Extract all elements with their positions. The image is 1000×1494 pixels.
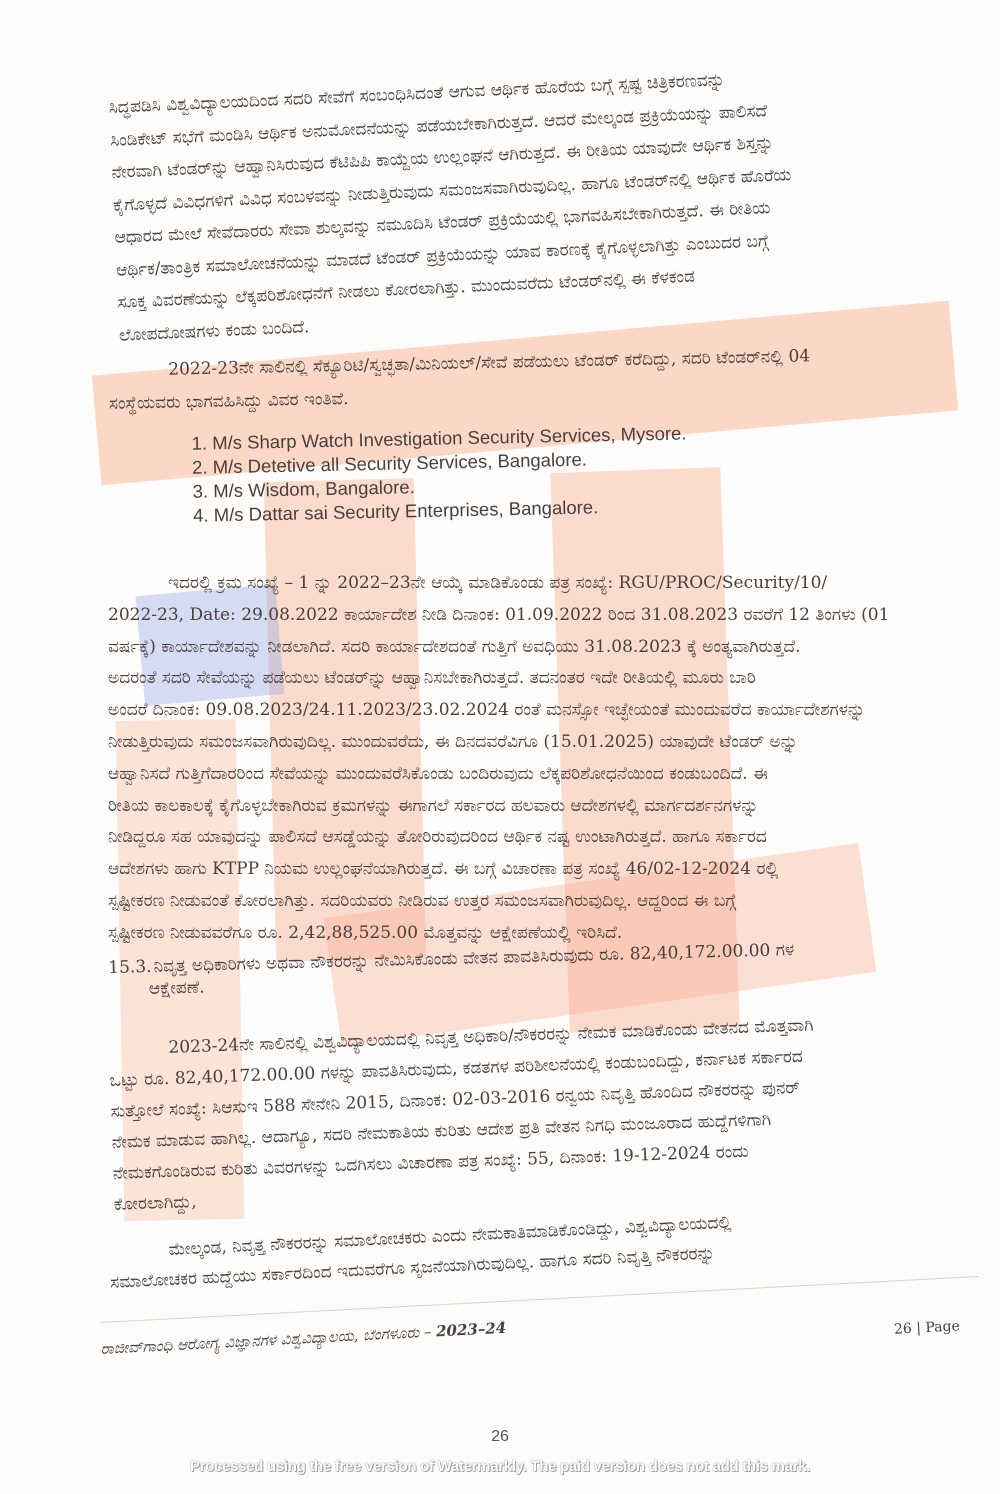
text-line: ನೀಡಿದ್ದರೂ ಸಹ ಯಾವುದನ್ನು ಪಾಲಿಸದೆ ಆಸಡ್ಡೆಯನ್…	[108, 822, 958, 854]
text-line: ಆಹ್ವಾನಿಸದೆ ಗುತ್ತಿಗೆದಾರರಿಂದ ಸೇವೆಯನ್ನು ಮುಂ…	[108, 759, 958, 791]
text-line: 2022-23, Date: 29.08.2022 ಕಾರ್ಯಾದೇಶ ನೀಡಿ…	[108, 600, 958, 632]
document-page: ಸಿದ್ಧಪಡಿಸಿ ವಿಶ್ವವಿದ್ಯಾಲಯದಿಂದ ಸದರಿ ಸೇವೆಗೆ…	[0, 0, 1000, 1494]
text-line: ವರ್ಷಕ್ಕೆ) ಕಾರ್ಯಾದೇಶವನ್ನು ನೀಡಲಾಗಿದೆ. ಸದರಿ…	[108, 632, 958, 664]
text-line: ನೀಡುತ್ತಿರುವುದು ಸಮಂಜಸವಾಗಿರುವುದಿಲ್ಲ. ಮುಂದು…	[108, 727, 958, 759]
text-line: ಸ್ಪಷ್ಟೀಕರಣ ನೀಡುವಂತೆ ಕೋರಲಾಗಿತ್ತು. ಸದರಿಯವರ…	[108, 886, 958, 918]
page-number: 26	[0, 1428, 1000, 1446]
text-line: ಇದರಲ್ಲಿ ಕ್ರಮ ಸಂಖ್ಯೆ – 1 ನ್ನು 2022–23ನೇ ಆ…	[108, 568, 958, 600]
footer-organization-name: ರಾಜೀವ್‌ಗಾಂಧಿ ಆರೋಗ್ಯ ವಿಜ್ಞಾನಗಳ ವಿಶ್ವವಿದ್ಯ…	[100, 1322, 437, 1358]
text-line: ರೀತಿಯ ಕಾಲಕಾಲಕ್ಕೆ ಕೈಗೊಳ್ಳಬೇಕಾಗಿರುವ ಕ್ರಮಗಳ…	[108, 791, 958, 823]
text-line: ಅಂದರೆ ದಿನಾಂಕ: 09.08.2023/24.11.2023/23.0…	[108, 695, 958, 727]
footer-year: 2023–24	[436, 1319, 507, 1341]
paragraph-work-order: ಇದರಲ್ಲಿ ಕ್ರಮ ಸಂಖ್ಯೆ – 1 ನ್ನು 2022–23ನೇ ಆ…	[108, 568, 958, 950]
paragraph-tender-participants: 2022-23ನೇ ಸಾಲಿನಲ್ಲಿ ಸೆಕ್ಯೂರಿಟಿ/ಸ್ವಚ್ಛತಾ/…	[108, 337, 959, 420]
paragraph-intro: ಸಿದ್ಧಪಡಿಸಿ ವಿಶ್ವವಿದ್ಯಾಲಯದಿಂದ ಸದರಿ ಸೇವೆಗೆ…	[108, 53, 969, 351]
footer-page-label: 26 | Page	[894, 1318, 961, 1337]
watermark-notice: Processed using the free version of Wate…	[0, 1458, 1000, 1475]
text-line: ಅದರಂತೆ ಸದರಿ ಸೇವೆಯನ್ನು ಪಡೆಯಲು ಟೆಂಡರ್‌ನ್ನು…	[108, 663, 958, 695]
section-number: 15.3.	[108, 956, 149, 979]
text-line: ಆದೇಶಗಳು ಹಾಗು KTPP ನಿಯಮ ಉಲ್ಲಂಘನೆಯಾಗಿರುತ್ತ…	[108, 854, 958, 886]
paragraph-retired-staff: 2023-24ನೇ ಸಾಲಿನಲ್ಲಿ ವಿಶ್ವವಿದ್ಯಾಲಯದಲ್ಲಿ ನ…	[108, 1005, 964, 1221]
bidder-list: M/s Sharp Watch Investigation Security S…	[182, 421, 688, 528]
footer-organization: ರಾಜೀವ್‌ಗಾಂಧಿ ಆರೋಗ್ಯ ವಿಜ್ಞಾನಗಳ ವಿಶ್ವವಿದ್ಯ…	[100, 1319, 507, 1358]
